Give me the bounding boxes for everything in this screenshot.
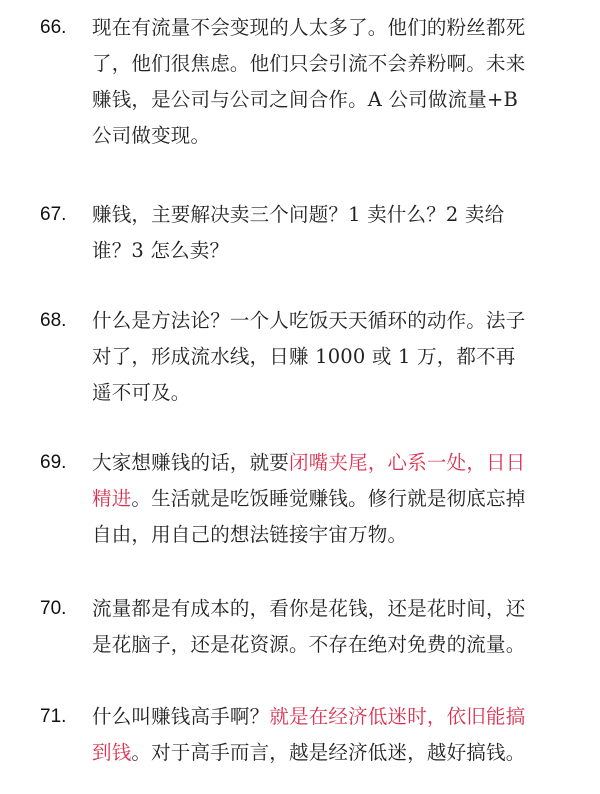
item-number: 66. xyxy=(40,10,66,46)
item-number: 68. xyxy=(40,303,66,339)
item-text: 现在有流量不会变现的人太多了。他们的粉丝都死了，他们很焦虑。他们只会引流不会养粉… xyxy=(92,10,532,154)
item-text: 什么是方法论？一个人吃饭天天循环的动作。法子对了，形成流水线，日赚 1000 或… xyxy=(92,303,532,411)
item-number: 71. xyxy=(40,699,66,735)
item-text: 流量都是有成本的，看你是花钱，还是花时间，还是花脑子，还是花资源。不存在绝对免费… xyxy=(92,591,532,663)
item-number: 67. xyxy=(40,197,66,233)
item-number: 69. xyxy=(40,445,66,481)
item-text: 大家想赚钱的话，就要闭嘴夹尾，心系一处，日日精进。生活就是吃饭睡觉赚钱。修行就是… xyxy=(92,445,532,553)
item-text: 什么叫赚钱高手啊？就是在经济低迷时，依旧能搞到钱。对于高手而言，越是经济低迷，越… xyxy=(92,699,532,771)
item-number: 70. xyxy=(40,591,66,627)
item-text: 赚钱，主要解决卖三个问题？1 卖什么？2 卖给谁？3 怎么卖？ xyxy=(92,197,532,269)
